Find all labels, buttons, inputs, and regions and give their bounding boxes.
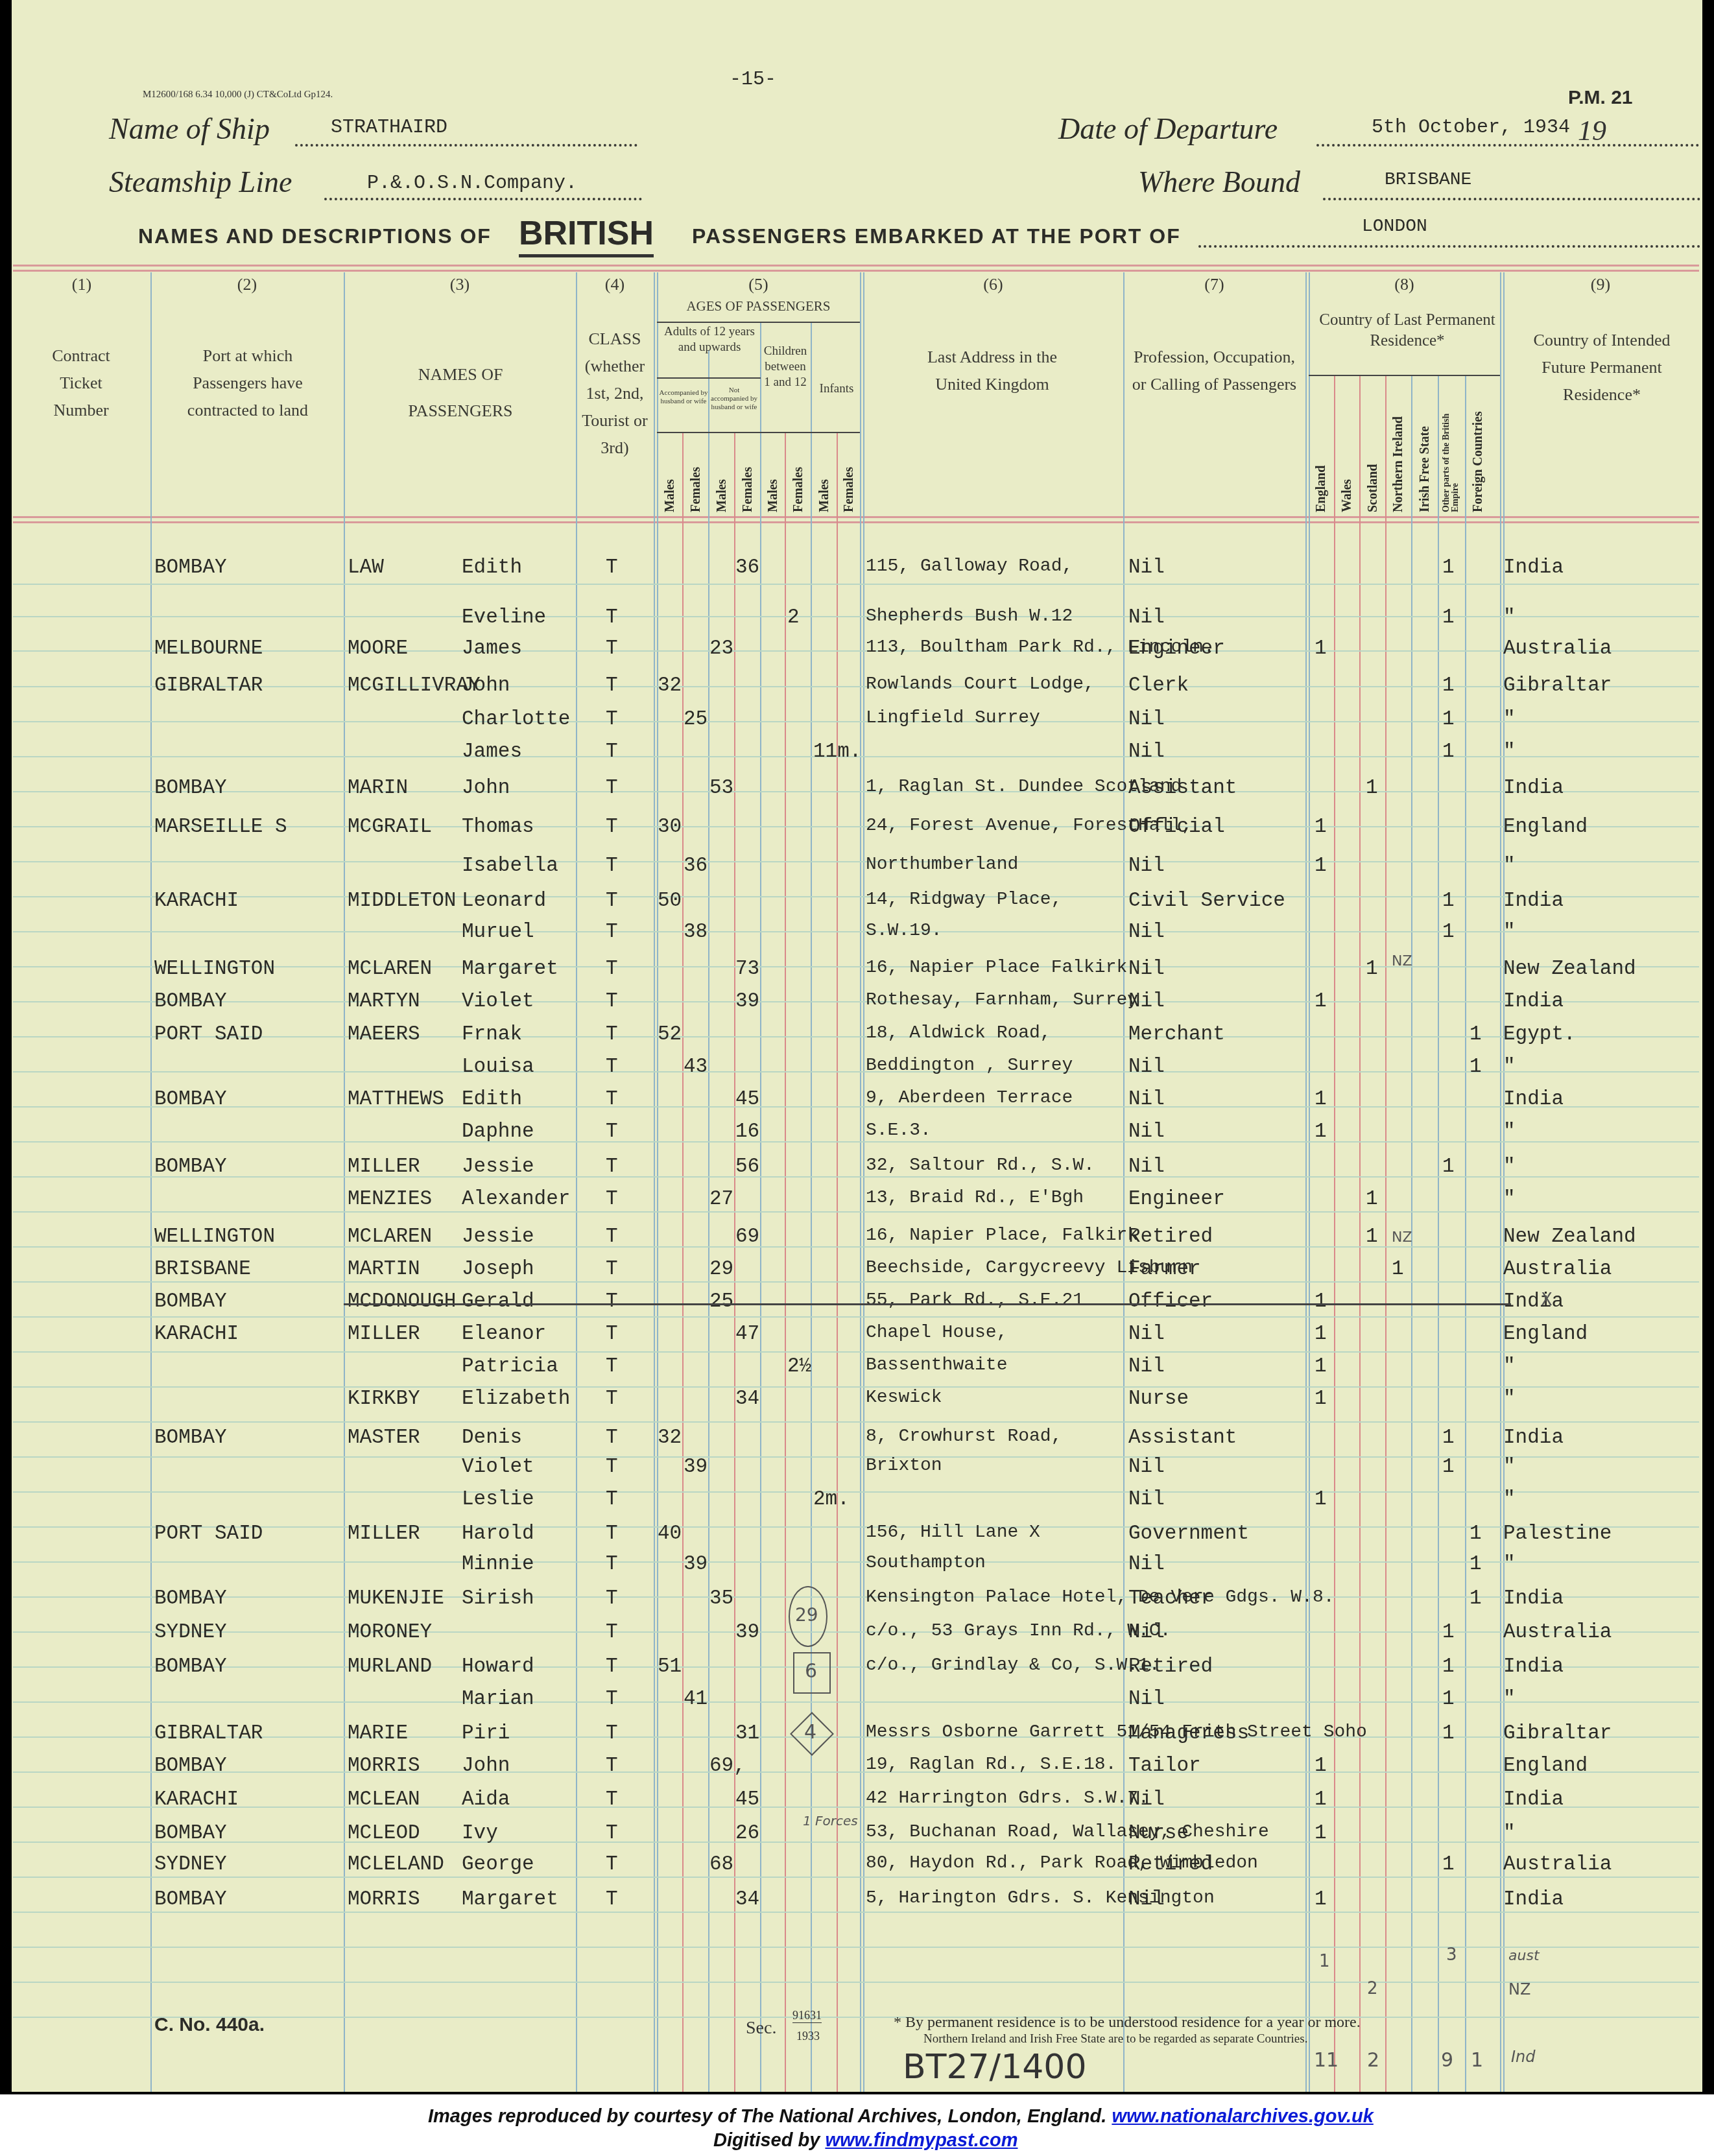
last-address: 55, Park Rd., S.E.21 (866, 1290, 1084, 1310)
name-of-ship-value: STRATHAIRD (331, 117, 447, 139)
findmypast-link[interactable]: www.findmypast.com (825, 2130, 1018, 2151)
steamship-line-line (324, 198, 642, 200)
residence-mark: 1 (1442, 1155, 1455, 1178)
passenger-forename: Thomas (462, 816, 534, 838)
intended-residence: India (1503, 1290, 1564, 1313)
passenger-forename: Jessie (462, 1226, 534, 1248)
passenger-age: 30 (658, 816, 682, 838)
passenger-class: T (606, 1388, 618, 1410)
last-address: 14, Ridgway Place, (866, 890, 1062, 910)
row-rule (13, 1771, 1699, 1773)
digitised-text: Digitised by (713, 2130, 820, 2151)
last-address: Chapel House, (866, 1323, 1007, 1343)
last-address: 18, Aldwick Road, (866, 1023, 1051, 1043)
last-address: 53, Buchanan Road, Wallasey, Cheshire (866, 1822, 1269, 1842)
passenger-class: T (606, 1290, 618, 1313)
occupation: Government (1128, 1522, 1249, 1545)
sec-denominator: 1933 (796, 2030, 820, 2043)
row-rule (13, 1351, 1699, 1353)
port-of-landing: GIBRALTAR (154, 1722, 263, 1745)
footnote-ireland: Northern Ireland and Irish Free State ar… (923, 2032, 1307, 2046)
row-rule (13, 1912, 1699, 1913)
sec-numerator: 91631 (792, 2009, 822, 2023)
total-foreign-3: 1 (1471, 2049, 1483, 2072)
col2-header: Port at which Passengers have contracted… (170, 342, 326, 424)
occupation: Official (1128, 816, 1225, 838)
credit-text: Images reproduced by courtesy of The Nat… (428, 2106, 1106, 2127)
row-rule (13, 1491, 1699, 1493)
passenger-surname: MAEERS (348, 1023, 420, 1046)
irish-free-state-header: Irish Free State (1418, 426, 1433, 512)
infants-header: Infants (813, 381, 860, 397)
residence-mark: 1 (1366, 1188, 1378, 1211)
row-rule (13, 1842, 1699, 1843)
passenger-age: 56 (735, 1155, 759, 1178)
occupation: Retired (1128, 1655, 1213, 1678)
passenger-forename: Denis (462, 1427, 522, 1449)
last-address: Bassenthwaite (866, 1355, 1007, 1375)
col5-header: AGES OF PASSENGERS (657, 298, 860, 314)
residence-mark: 1 (1442, 674, 1455, 697)
where-bound-line (1323, 198, 1700, 200)
england-header: England (1314, 466, 1329, 512)
row-rule (13, 1141, 1699, 1143)
total-foreign-1: 3 (1446, 1945, 1457, 1965)
ages-sub-rule (657, 432, 860, 433)
passenger-forename: James (462, 740, 522, 763)
passenger-surname: MIDDLETON (348, 890, 456, 912)
port-of-landing: BOMBAY (154, 1088, 227, 1111)
males-header: Males (766, 479, 781, 512)
last-address: 9, Aberdeen Terrace (866, 1088, 1073, 1108)
intended-residence: " (1503, 1488, 1516, 1511)
age-subcol-line (785, 433, 786, 2092)
passenger-class: T (606, 1023, 618, 1046)
passenger-surname: MASTER (348, 1427, 420, 1449)
archive-reference: BT27/1400 (903, 2048, 1086, 2087)
intended-residence: " (1503, 1056, 1516, 1078)
port-of-embarkation-value: LONDON (1362, 217, 1427, 237)
col-divider (1309, 272, 1310, 2092)
port-of-landing: SYDNEY (154, 1621, 227, 1644)
passenger-surname: MOORE (348, 637, 408, 660)
adults-header: Adults of 12 years and upwards (659, 324, 760, 355)
passenger-age: 38 (684, 921, 708, 943)
port-of-landing: MARSEILLE S (154, 816, 287, 838)
residence-mark: 1 (1470, 1056, 1482, 1078)
passenger-class: T (606, 1120, 618, 1143)
total-england-1: 1 (1319, 1952, 1330, 1971)
intended-residence: " (1503, 740, 1516, 763)
passenger-age: 39 (684, 1456, 708, 1478)
passenger-age: 50 (658, 890, 682, 912)
residence-mark: 1 (1366, 1226, 1378, 1248)
passenger-age: 34 (735, 1388, 759, 1410)
last-address: Beddington , Surrey (866, 1056, 1073, 1076)
passenger-class: T (606, 990, 618, 1013)
row-rule (13, 1807, 1699, 1808)
passenger-forename: Joseph (462, 1258, 534, 1281)
x-mark: X (1541, 1290, 1553, 1310)
intended-residence: India (1503, 890, 1564, 912)
port-of-landing: BOMBAY (154, 1587, 227, 1610)
occupation: Nil (1128, 1323, 1165, 1345)
age-subcol-line (837, 433, 838, 2092)
residence-mark: 1 (1315, 1323, 1327, 1345)
passenger-class: T (606, 890, 618, 912)
last-address: Rothesay, Farnham, Surrey (866, 990, 1138, 1010)
col1-header: Contract Ticket Number (39, 342, 123, 424)
passenger-forename: John (462, 674, 510, 697)
col-divider (863, 272, 864, 2092)
occupation: Officer (1128, 1290, 1213, 1313)
col7-header: Profession, Occupation, or Calling of Pa… (1128, 344, 1300, 398)
passenger-forename: Violet (462, 1456, 534, 1478)
passenger-class: T (606, 855, 618, 877)
col-divider (657, 272, 658, 2092)
passenger-class: T (606, 1355, 618, 1378)
passenger-surname: MARTIN (348, 1258, 420, 1281)
intended-residence: India (1503, 777, 1564, 800)
passenger-age: 39 (735, 1621, 759, 1644)
occupation: Nurse (1128, 1822, 1189, 1845)
passenger-surname: MCDONOUGH (348, 1290, 456, 1313)
residence-mark: 1 (1315, 855, 1327, 877)
passenger-surname: MARIN (348, 777, 408, 800)
passenger-forename: Frnak (462, 1023, 522, 1046)
passenger-age: 11m. (813, 740, 861, 763)
passenger-age: 47 (735, 1323, 759, 1345)
header-bottom-rule-2 (13, 521, 1699, 523)
passenger-forename: Patricia (462, 1355, 558, 1378)
total-other-empire-3: 9 (1441, 2049, 1453, 2072)
port-of-landing: BOMBAY (154, 1655, 227, 1678)
row-rule (13, 1036, 1699, 1037)
row-rule (13, 1526, 1699, 1528)
steamship-line-label: Steamship Line (109, 165, 292, 199)
occupation: Nil (1128, 1888, 1165, 1911)
intended-residence: New Zealand (1503, 1226, 1636, 1248)
passenger-class: T (606, 1323, 618, 1345)
name-of-ship-label: Name of Ship (109, 112, 270, 146)
passenger-surname: MCLELAND (348, 1853, 444, 1876)
last-address: S.E.3. (866, 1120, 931, 1141)
col4-header: CLASS (whether 1st, 2nd, Tourist or 3rd) (578, 326, 651, 462)
occupation: Nil (1128, 1056, 1165, 1078)
passenger-age: 69 (735, 1226, 759, 1248)
header-top-rule-2 (13, 270, 1699, 272)
port-of-landing: BOMBAY (154, 1888, 227, 1911)
passenger-class: T (606, 606, 618, 629)
residence-mark: 1 (1442, 1456, 1455, 1478)
passenger-forename: Charlotte (462, 708, 570, 731)
total-scotland-3: 2 (1367, 2049, 1379, 2072)
col-divider (1503, 272, 1505, 2092)
occupation: Retired (1128, 1226, 1213, 1248)
port-of-landing: BOMBAY (154, 990, 227, 1013)
passenger-surname: LAW (348, 556, 384, 579)
passenger-forename: Eveline (462, 606, 546, 629)
res-subcol-line (1385, 376, 1387, 2092)
residence-mark: 1 (1315, 1788, 1327, 1811)
passenger-age: 2m. (813, 1488, 850, 1511)
occupation: Nil (1128, 1456, 1165, 1478)
intended-residence: India (1503, 1788, 1564, 1811)
passenger-class: T (606, 556, 618, 579)
passenger-class: T (606, 1587, 618, 1610)
occupation: Civil Service (1128, 890, 1285, 912)
intended-residence: Australia (1503, 1853, 1612, 1876)
header-bottom-rule (13, 516, 1699, 518)
passenger-surname: MILLER (348, 1155, 420, 1178)
last-address: Northumberland (866, 855, 1018, 875)
last-address: 13, Braid Rd., E'Bgh (866, 1188, 1084, 1208)
occupation: Nil (1128, 1688, 1165, 1711)
last-address: Brixton (866, 1456, 942, 1476)
intended-residence: India (1503, 1088, 1564, 1111)
residence-mark: 1 (1442, 1427, 1455, 1449)
last-address: Rowlands Court Lodge, (866, 674, 1095, 694)
passenger-age: 40 (658, 1522, 682, 1545)
row-rule (13, 1211, 1699, 1213)
total-intended-2: NZ (1508, 1980, 1530, 1998)
scotland-header: Scotland (1366, 464, 1381, 512)
form-title-part2: PASSENGERS EMBARKED AT THE PORT OF (692, 224, 1181, 248)
date-printed-suffix: 19 (1578, 114, 1606, 147)
intended-residence: " (1503, 606, 1516, 629)
occupation: Manageress (1128, 1722, 1249, 1745)
intended-residence: Gibraltar (1503, 674, 1612, 697)
passenger-class: T (606, 740, 618, 763)
residence-mark: 1 (1315, 637, 1327, 660)
passenger-forename: Harold (462, 1522, 534, 1545)
intended-residence: " (1503, 1688, 1516, 1711)
passenger-age: 32 (658, 1427, 682, 1449)
tally-29: 29 (795, 1604, 818, 1626)
national-archives-link[interactable]: www.nationalarchives.gov.uk (1112, 2106, 1373, 2127)
name-of-ship-line (295, 144, 637, 147)
children-header: Children between 1 and 12 (761, 344, 809, 390)
residence-mark: 1 (1470, 1587, 1482, 1610)
passenger-forename: Jessie (462, 1155, 534, 1178)
residence-mark: 1 (1315, 1355, 1327, 1378)
passenger-class: T (606, 1755, 618, 1777)
passenger-age: 25 (684, 708, 708, 731)
wales-header: Wales (1340, 479, 1355, 512)
port-of-landing: BOMBAY (154, 1155, 227, 1178)
ages-header-rule (657, 322, 860, 323)
passenger-surname: MCLEAN (348, 1788, 420, 1811)
last-address: 19, Raglan Rd., S.E.18. (866, 1755, 1116, 1775)
col-divider (1500, 272, 1501, 2092)
col-divider (860, 272, 861, 2092)
residence-mark: 1 (1315, 1388, 1327, 1410)
passenger-forename: John (462, 777, 510, 800)
passenger-class: T (606, 1722, 618, 1745)
passenger-age: 23 (709, 637, 733, 660)
occupation: Nil (1128, 1355, 1165, 1378)
residence-mark: 1 (1315, 1755, 1327, 1777)
passenger-surname: MORONEY (348, 1621, 432, 1644)
col6-number: (6) (863, 275, 1123, 294)
occupation: Nil (1128, 990, 1165, 1013)
occupation: Nil (1128, 708, 1165, 731)
row-rule (13, 1561, 1699, 1563)
passenger-surname: MENZIES (348, 1188, 432, 1211)
port-of-landing: GIBRALTAR (154, 674, 263, 697)
last-address: Kensington Palace Hotel, De Vere Gdgs. W… (866, 1587, 1335, 1607)
header-top-rule (13, 265, 1699, 267)
row-rule (13, 1281, 1699, 1283)
last-address: Southampton (866, 1553, 986, 1573)
passenger-class: T (606, 1788, 618, 1811)
passenger-class: T (606, 708, 618, 731)
passenger-surname: MATTHEWS (348, 1088, 444, 1111)
col3-header: NAMES OF PASSENGERS (389, 357, 532, 429)
residence-mark: 1 (1442, 1621, 1455, 1644)
port-of-landing: KARACHI (154, 1788, 239, 1811)
passenger-forename: Alexander (462, 1188, 570, 1211)
occupation: Nil (1128, 556, 1165, 579)
last-address: Messrs Osborne Garrett 51/54 Frith Stree… (866, 1722, 1367, 1742)
females-header: Females (689, 467, 704, 512)
northern-ireland-header: Northern Ireland (1391, 416, 1406, 512)
passenger-forename: Ivy (462, 1822, 498, 1845)
port-of-landing: PORT SAID (154, 1023, 263, 1046)
residence-mark: 1 (1315, 1088, 1327, 1111)
passenger-class: T (606, 637, 618, 660)
last-address: 42 Harrington Gdrs. S.W.7. (866, 1788, 1149, 1808)
where-bound-label: Where Bound (1138, 165, 1300, 199)
intended-residence: England (1503, 1755, 1588, 1777)
digitised-line: Digitised by www.findmypast.com (713, 2130, 1018, 2151)
occupation: Clerk (1128, 674, 1189, 697)
residence-mark: 1 (1442, 708, 1455, 731)
col7-number: (7) (1123, 275, 1305, 294)
intended-residence: " (1503, 855, 1516, 877)
passenger-forename: James (462, 637, 522, 660)
last-address: Lingfield Surrey (866, 708, 1040, 728)
passenger-forename: Isabella (462, 855, 558, 877)
residence-mark: 1 (1315, 1290, 1327, 1313)
passenger-class: T (606, 674, 618, 697)
intended-residence: " (1503, 1553, 1516, 1576)
passenger-class: T (606, 1456, 618, 1478)
col8-header: Country of Last Permanent Residence* (1316, 310, 1498, 351)
residence-mark: 1 (1470, 1522, 1482, 1545)
passenger-age: 41 (684, 1688, 708, 1711)
passenger-forename: Howard (462, 1655, 534, 1678)
foreign-countries-header: Foreign Countries (1471, 411, 1486, 512)
females-header: Females (842, 467, 857, 512)
col-divider (654, 272, 655, 2092)
passenger-class: T (606, 1088, 618, 1111)
occupation: Engineer (1128, 637, 1225, 660)
col9-header: Country of Intended Future Permanent Res… (1514, 327, 1689, 409)
res-subcol-line (1359, 376, 1361, 2092)
passenger-forename: Edith (462, 1088, 522, 1111)
passenger-age: 45 (735, 1788, 759, 1811)
port-of-landing: BRISBANE (154, 1258, 251, 1281)
port-of-landing: KARACHI (154, 890, 239, 912)
passenger-surname: KIRKBY (348, 1388, 420, 1410)
passenger-surname: MILLER (348, 1323, 420, 1345)
passenger-class: T (606, 777, 618, 800)
passenger-age: 45 (735, 1088, 759, 1111)
passenger-age: 32 (658, 674, 682, 697)
port-of-landing: PORT SAID (154, 1522, 263, 1545)
passenger-forename: Louisa (462, 1056, 534, 1078)
passenger-surname: MILLER (348, 1522, 420, 1545)
row-rule (13, 584, 1699, 585)
occupation: Nil (1128, 1488, 1165, 1511)
passenger-forename: Eleanor (462, 1323, 546, 1345)
last-address: c/o., Grindlay & Co, S.W.1. (866, 1655, 1160, 1676)
passenger-age: 69, (709, 1755, 746, 1777)
passenger-age: 25 (709, 1290, 733, 1313)
occupation: Assistant (1128, 1427, 1237, 1449)
passenger-forename: Piri (462, 1722, 510, 1745)
passenger-age: 2 (787, 606, 800, 629)
col-divider (150, 272, 152, 2092)
passenger-age: 31 (735, 1722, 759, 1745)
passenger-class: T (606, 1427, 618, 1449)
passenger-class: T (606, 1226, 618, 1248)
last-address: c/o., 53 Grays Inn Rd., W.C. (866, 1621, 1171, 1641)
printer-code: M12600/168 6.34 10,000 (J) CT&CoLtd Gp12… (143, 89, 333, 101)
age-subcol-line (708, 350, 709, 2092)
res-subcol-line (1465, 376, 1466, 2092)
residence-mark: 1 (1392, 1258, 1404, 1281)
occupation: Farmer (1128, 1258, 1201, 1281)
intended-residence: " (1503, 1388, 1516, 1410)
strikethrough-line (344, 1303, 1511, 1305)
passenger-forename: Muruel (462, 921, 534, 943)
passenger-class: T (606, 1522, 618, 1545)
residence-mark: 1 (1366, 958, 1378, 980)
port-of-landing: BOMBAY (154, 1427, 227, 1449)
last-address: 16, Napier Place, Falkirk (866, 1226, 1138, 1246)
intended-residence: Australia (1503, 637, 1612, 660)
last-address: 8, Crowhurst Road, (866, 1427, 1062, 1447)
passenger-class: T (606, 1688, 618, 1711)
intended-residence: " (1503, 1188, 1516, 1211)
occupation: Nil (1128, 606, 1165, 629)
residence-mark: 1 (1315, 816, 1327, 838)
intended-residence: India (1503, 1427, 1564, 1449)
residence-mark: 1 (1442, 1853, 1455, 1876)
res-subcol-line (1438, 376, 1439, 2092)
passenger-class: T (606, 921, 618, 943)
occupation: Assistant (1128, 777, 1237, 800)
passenger-age: 16 (735, 1120, 759, 1143)
intended-residence: Australia (1503, 1621, 1612, 1644)
col1-number: (1) (13, 275, 150, 294)
passenger-forename: Gerald (462, 1290, 534, 1313)
row-rule (13, 1106, 1699, 1108)
passenger-forename: Sirish (462, 1587, 534, 1610)
nz-note: NZ (1392, 1229, 1412, 1246)
occupation: Nil (1128, 1120, 1165, 1143)
passenger-age: 39 (735, 990, 759, 1013)
col-divider (1305, 272, 1307, 2092)
passenger-surname: MORRIS (348, 1755, 420, 1777)
residence-mark: 1 (1442, 1688, 1455, 1711)
passenger-class: T (606, 958, 618, 980)
intended-residence: Palestine (1503, 1522, 1612, 1545)
not-accompanied-header: Not accompanied by husband or wife (709, 386, 759, 412)
intended-residence: India (1503, 556, 1564, 579)
